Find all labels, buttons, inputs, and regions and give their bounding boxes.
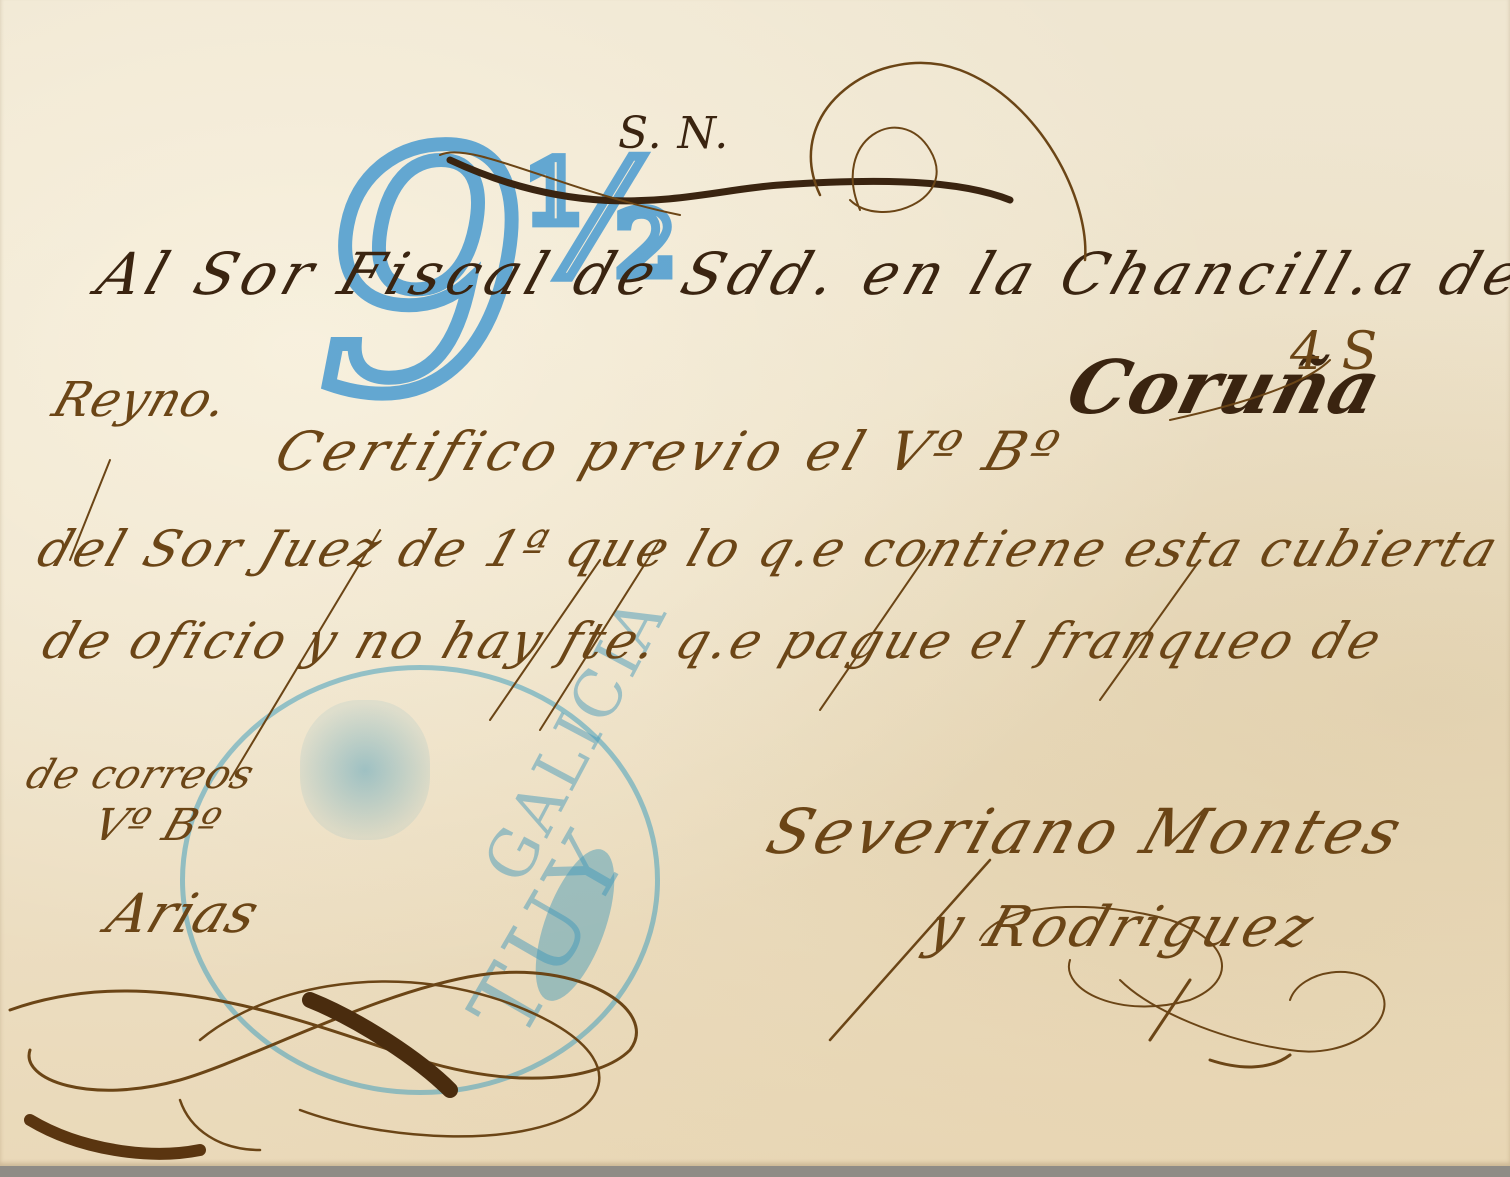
- rubric-flourishes: [0, 0, 1510, 1166]
- letter-paper: 9 ½ GALICIA TUY S. N. Al Sor Fiscal de S…: [0, 0, 1510, 1166]
